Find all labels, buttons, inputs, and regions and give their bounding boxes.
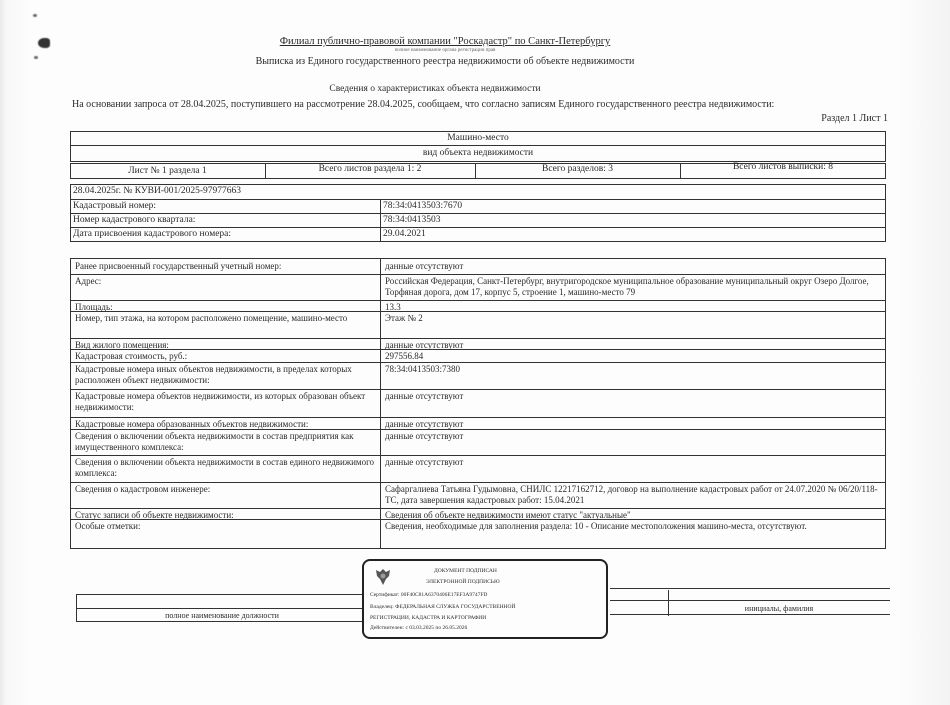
organization-name: Филиал публично-правовой компании "Роска… xyxy=(0,36,920,47)
field-label: Ранее присвоенный государственный учетны… xyxy=(72,260,378,274)
request-basis: На основании запроса от 28.04.2025, пост… xyxy=(72,99,774,110)
field-label: Особые отметки: xyxy=(72,520,378,549)
total-sheets-section: Всего листов раздела 1: 2 xyxy=(265,163,475,176)
signature-line xyxy=(610,588,890,589)
field-value: 29.04.2021 xyxy=(380,228,880,241)
field-value: 297556.84 xyxy=(382,350,882,362)
field-value: Этаж № 2 xyxy=(382,312,882,338)
stamp-certificate: Сертификат: 00F40C81A6370406E17EF3A9747F… xyxy=(370,592,612,599)
coat-of-arms-icon xyxy=(374,567,392,587)
stamp-owner-cont: РЕГИСТРАЦИИ, КАДАСТРА И КАРТОГРАФИИ xyxy=(370,615,612,622)
field-value: Российская Федерация, Санкт-Петербург, в… xyxy=(382,275,882,300)
field-value: данные отсутствуют xyxy=(382,456,882,482)
field-label: Сведения о включении объекта недвижимост… xyxy=(72,456,378,482)
name-caption: инициалы, фамилия xyxy=(668,602,890,615)
field-value: данные отсутствуют xyxy=(382,260,882,274)
position-caption: полное наименование должности xyxy=(76,609,368,622)
organization-caption: полное наименование органа регистрации п… xyxy=(0,48,920,53)
field-label: Дата присвоения кадастрового номера: xyxy=(70,228,380,241)
field-label: Площадь: xyxy=(72,301,378,311)
divider xyxy=(70,145,886,146)
field-value: данные отсутствуют xyxy=(382,418,882,429)
scan-speck xyxy=(33,14,37,17)
object-type: Машино-место xyxy=(70,132,886,145)
total-sheets-extract: Всего листов выписки: 8 xyxy=(680,161,886,174)
request-reference: 28.04.2025г. № КУВИ-001/2025-97977663 xyxy=(70,185,470,198)
electronic-signature-stamp: ДОКУМЕНТ ПОДПИСАН ЭЛЕКТРОННОЙ ПОДПИСЬЮ С… xyxy=(362,559,608,639)
object-type-caption: вид объекта недвижимости xyxy=(70,147,886,160)
stamp-line-2: ЭЛЕКТРОННОЙ ПОДПИСЬЮ xyxy=(426,579,668,586)
document-title: Выписка из Единого государственного реес… xyxy=(0,56,920,67)
field-label: Статус записи об объекте недвижимости: xyxy=(72,509,378,519)
total-sections: Всего разделов: 3 xyxy=(475,163,680,176)
stamp-validity: Действителен: с 03.03.2025 по 26.05.2026 xyxy=(370,625,612,632)
field-value: данные отсутствуют xyxy=(382,390,882,417)
field-value: данные отсутствуют xyxy=(382,430,882,455)
field-label: Адрес: xyxy=(72,275,378,300)
field-value: Сафаргалиева Татьяна Гудымовна, СНИЛС 12… xyxy=(382,483,882,508)
field-label: Сведения о кадастровом инженере: xyxy=(72,483,378,508)
field-value: данные отсутствуют xyxy=(382,339,882,349)
scanned-page: Филиал публично-правовой компании "Роска… xyxy=(0,0,950,705)
sheet-number: Лист № 1 раздела 1 xyxy=(70,165,265,178)
field-value: Сведения об объекте недвижимости имеют с… xyxy=(382,509,882,519)
field-label: Кадастровые номера объектов недвижимости… xyxy=(72,390,378,417)
field-label: Сведения о включении объекта недвижимост… xyxy=(72,430,378,455)
column-divider xyxy=(380,258,381,549)
signature-line xyxy=(610,600,890,601)
field-value: 78:34:0413503:7380 xyxy=(382,363,882,389)
signature-line xyxy=(76,594,368,595)
stamp-line-1: ДОКУМЕНТ ПОДПИСАН xyxy=(434,568,676,575)
field-label: Номер кадастрового квартала: xyxy=(70,214,380,227)
field-label: Кадастровая стоимость, руб.: xyxy=(72,350,378,362)
field-value: 78:34:0413503:7670 xyxy=(380,200,880,213)
field-label: Кадастровые номера образованных объектов… xyxy=(72,418,378,429)
field-label: Кадастровые номера иных объектов недвижи… xyxy=(72,363,378,389)
stamp-owner: Владелец: ФЕДЕРАЛЬНАЯ СЛУЖБА ГОСУДАРСТВЕ… xyxy=(370,604,612,611)
document-subtitle: Сведения о характеристиках объекта недви… xyxy=(0,84,910,94)
field-value: Сведения, необходимые для заполнения раз… xyxy=(382,520,882,549)
field-value: 13.3 xyxy=(382,301,882,311)
field-value: 78:34:0413503 xyxy=(380,214,880,227)
field-label: Кадастровый номер: xyxy=(70,200,380,213)
section-sheet-label: Раздел 1 Лист 1 xyxy=(821,113,888,124)
field-label: Номер, тип этажа, на котором расположено… xyxy=(72,312,378,338)
field-label: Вид жилого помещения: xyxy=(72,339,378,349)
